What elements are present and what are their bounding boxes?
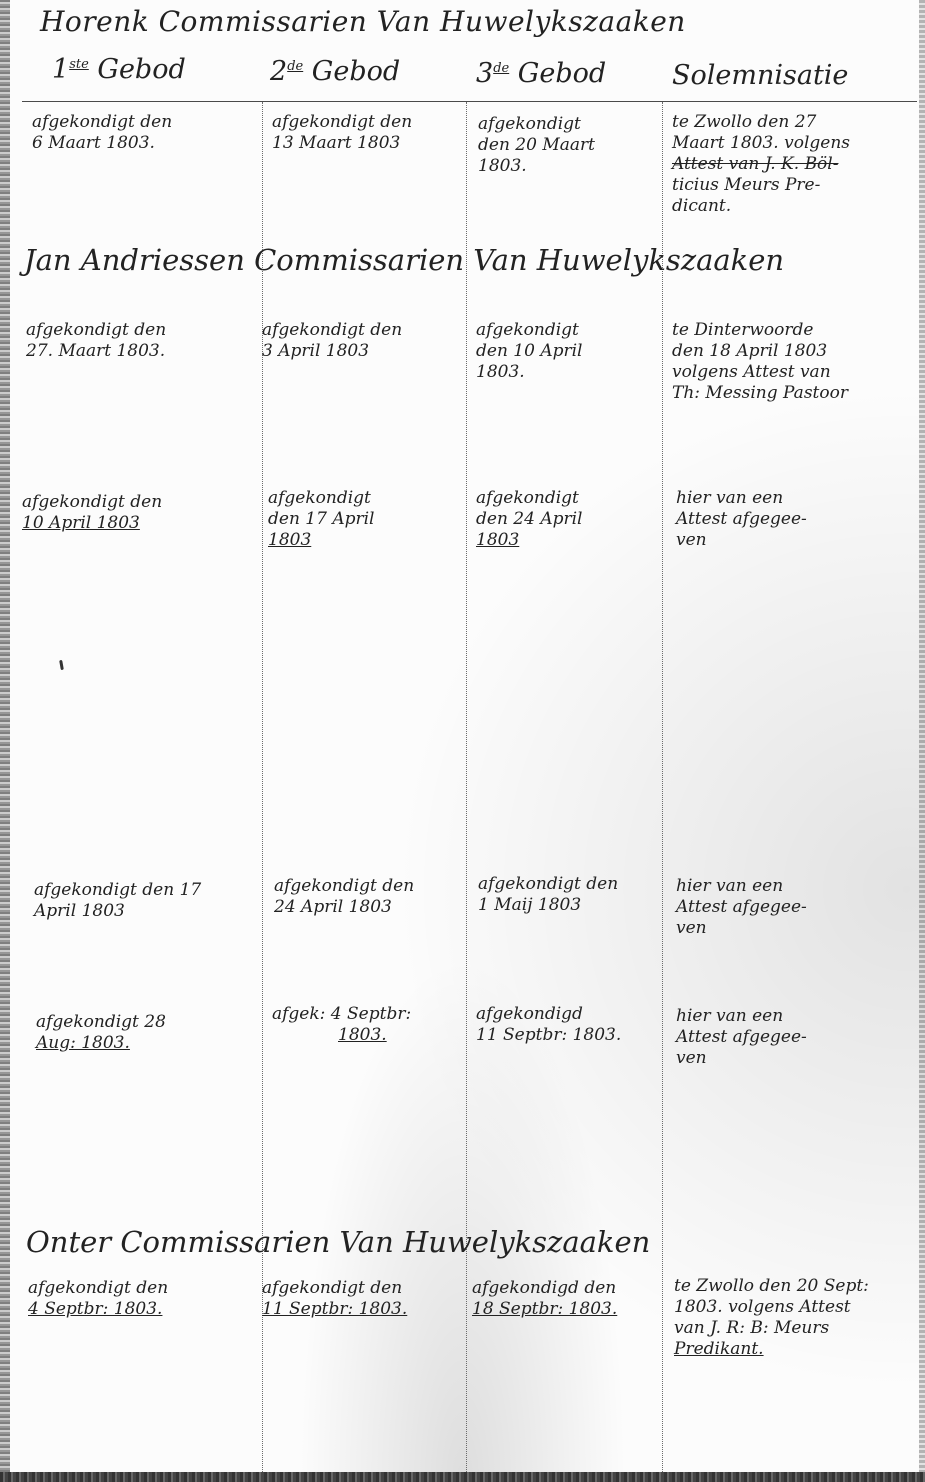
entry-4-col-4: hier van een Attest afgegee- ven (676, 876, 807, 939)
cell-line: Predikant. (674, 1339, 869, 1360)
scan-edge-left (0, 0, 10, 1482)
cell-line: 18 Septbr: 1803. (472, 1299, 617, 1320)
cell-line: afgekondigt 28 (36, 1012, 166, 1033)
entry-2-col-4: te Dinterwoorde den 18 April 1803 volgen… (672, 320, 848, 404)
cell-line: hier van een (676, 488, 807, 509)
cell-line: afgekondigt den (28, 1278, 168, 1299)
cell-line: afgekondigt den 17 (34, 880, 201, 901)
cell-line: Maart 1803. volgens (672, 133, 850, 154)
cell-line: afgekondigt (478, 114, 595, 135)
cell-line: afgekondigd den (472, 1278, 617, 1299)
cell-line: 1 Maij 1803 (478, 895, 618, 916)
cell-line: den 20 Maart (478, 135, 595, 156)
cell-line: Attest afgegee- (676, 897, 807, 918)
column-header-suffix: ste (69, 57, 89, 72)
scan-edge-bottom (0, 1472, 925, 1482)
cell-line: 27. Maart 1803. (26, 341, 166, 362)
column-header-3: 3de Gebod (476, 58, 606, 89)
cell-line: April 1803 (34, 901, 201, 922)
column-header-word: Gebod (312, 56, 400, 87)
cell-line: volgens Attest van (672, 362, 848, 383)
entry-2-col-3: afgekondigt den 10 April 1803. (476, 320, 583, 383)
cell-line: 6 Maart 1803. (32, 133, 172, 154)
cell-line: 1803 (476, 530, 583, 551)
cell-line: te Zwollo den 27 (672, 112, 850, 133)
entry-6-col-4: te Zwollo den 20 Sept: 1803. volgens Att… (674, 1276, 869, 1360)
cell-line: afgekondigt den (272, 112, 412, 133)
cell-line: afgekondigt den (262, 1278, 407, 1299)
entry-4-col-3: afgekondigt den 1 Maij 1803 (478, 874, 618, 916)
cell-line: 11 Septbr: 1803. (476, 1025, 621, 1046)
cell-line: afgekondigt (268, 488, 375, 509)
column-header-1: 1ste Gebod (52, 54, 186, 85)
entry-6-col-3: afgekondigd den 18 Septbr: 1803. (472, 1278, 617, 1320)
cell-line: Th: Messing Pastoor (672, 383, 848, 404)
column-header-2: 2de Gebod (270, 56, 400, 87)
entry-1-col-2: afgekondigt den 13 Maart 1803 (272, 112, 412, 154)
cell-line: afgekondigt den (22, 492, 162, 513)
entry-2-col-1: afgekondigt den 27. Maart 1803. (26, 320, 166, 362)
cell-line: afgekondigt (476, 488, 583, 509)
cell-line: 24 April 1803 (274, 897, 414, 918)
cell-line: 1803 (268, 530, 375, 551)
cell-line: te Zwollo den 20 Sept: (674, 1276, 869, 1297)
column-header-word: Gebod (97, 54, 185, 85)
column-header-num: 2 (270, 56, 287, 87)
column-divider-3 (662, 102, 663, 1472)
cell-line: den 10 April (476, 341, 583, 362)
column-header-4: Solemnisatie (672, 60, 848, 91)
entry-1-col-3: afgekondigt den 20 Maart 1803. (478, 114, 595, 177)
column-divider-1 (262, 102, 263, 1472)
cell-line: den 18 April 1803 (672, 341, 848, 362)
cell-line: Attest afgegee- (676, 509, 807, 530)
cell-line: 1803. (272, 1025, 411, 1046)
cell-line: hier van een (676, 1006, 807, 1027)
cell-line: van J. R: B: Meurs (674, 1318, 869, 1339)
entry-3-col-3: afgekondigt den 24 April 1803 (476, 488, 583, 551)
cell-line: den 24 April (476, 509, 583, 530)
entry-3-col-1: afgekondigt den 10 April 1803 (22, 492, 162, 534)
cell-line: 10 April 1803 (22, 513, 162, 534)
cell-line: dicant. (672, 196, 850, 217)
column-header-num: 3 (476, 58, 493, 89)
cell-line: 1803. (476, 362, 583, 383)
column-header-word: Gebod (518, 58, 606, 89)
cell-line: 13 Maart 1803 (272, 133, 412, 154)
column-divider-2 (466, 102, 467, 1472)
column-header-num: 1 (52, 54, 69, 85)
cell-line: ven (676, 530, 807, 551)
cell-line: 11 Septbr: 1803. (262, 1299, 407, 1320)
cell-line: afgekondigt den (26, 320, 166, 341)
entry-4-col-1: afgekondigt den 17 April 1803 (34, 880, 201, 922)
cell-line: 1803. (478, 156, 595, 177)
cell-line: den 17 April (268, 509, 375, 530)
entry-6-col-1: afgekondigt den 4 Septbr: 1803. (28, 1278, 168, 1320)
entry-2-col-2: afgekondigt den 3 April 1803 (262, 320, 402, 362)
cell-line: ticius Meurs Pre- (672, 175, 850, 196)
cell-line: ven (676, 1048, 807, 1069)
entry-5-col-4: hier van een Attest afgegee- ven (676, 1006, 807, 1069)
cell-line: afgekondigt (476, 320, 583, 341)
entry-2-heading: Jan Andriessen Commissarien Van Huwelyks… (24, 244, 784, 277)
cell-line: 1803. volgens Attest (674, 1297, 869, 1318)
entry-5-col-3: afgekondigd 11 Septbr: 1803. (476, 1004, 621, 1046)
cell-line: afgekondigt den (274, 876, 414, 897)
entry-1-col-1: afgekondigt den 6 Maart 1803. (32, 112, 172, 154)
entry-5-col-1: afgekondigt 28 Aug: 1803. (36, 1012, 166, 1054)
cell-line: Aug: 1803. (36, 1033, 166, 1054)
entry-6-col-2: afgekondigt den 11 Septbr: 1803. (262, 1278, 407, 1320)
page-title: Horenk Commissarien Van Huwelykszaaken (40, 6, 686, 38)
entry-6-heading: Onter Commissarien Van Huwelykszaaken (26, 1226, 650, 1259)
scan-edge-right (919, 0, 925, 1482)
cell-line: afgekondigt den (32, 112, 172, 133)
cell-line: afgekondigt den (262, 320, 402, 341)
header-divider (22, 101, 917, 102)
column-header-suffix: de (493, 61, 509, 76)
cell-line: 4 Septbr: 1803. (28, 1299, 168, 1320)
entry-5-col-2: afgek: 4 Septbr: 1803. (272, 1004, 411, 1046)
scanned-register-page: Horenk Commissarien Van Huwelykszaaken 1… (0, 0, 925, 1482)
column-header-suffix: de (287, 59, 303, 74)
entry-3-col-4: hier van een Attest afgegee- ven (676, 488, 807, 551)
cell-line: te Dinterwoorde (672, 320, 848, 341)
column-header-word: Solemnisatie (672, 60, 848, 91)
entry-3-col-2: afgekondigt den 17 April 1803 (268, 488, 375, 551)
cell-line: Attest van J. K. Böl- (672, 154, 850, 175)
cell-line: afgekondigd (476, 1004, 621, 1025)
cell-line: hier van een (676, 876, 807, 897)
cell-line: ven (676, 918, 807, 939)
cell-line: afgekondigt den (478, 874, 618, 895)
ink-speck (59, 660, 64, 670)
entry-4-col-2: afgekondigt den 24 April 1803 (274, 876, 414, 918)
cell-line: 3 April 1803 (262, 341, 402, 362)
cell-line: Attest afgegee- (676, 1027, 807, 1048)
cell-line: afgek: 4 Septbr: (272, 1004, 411, 1025)
entry-1-col-4: te Zwollo den 27 Maart 1803. volgens Att… (672, 112, 850, 217)
